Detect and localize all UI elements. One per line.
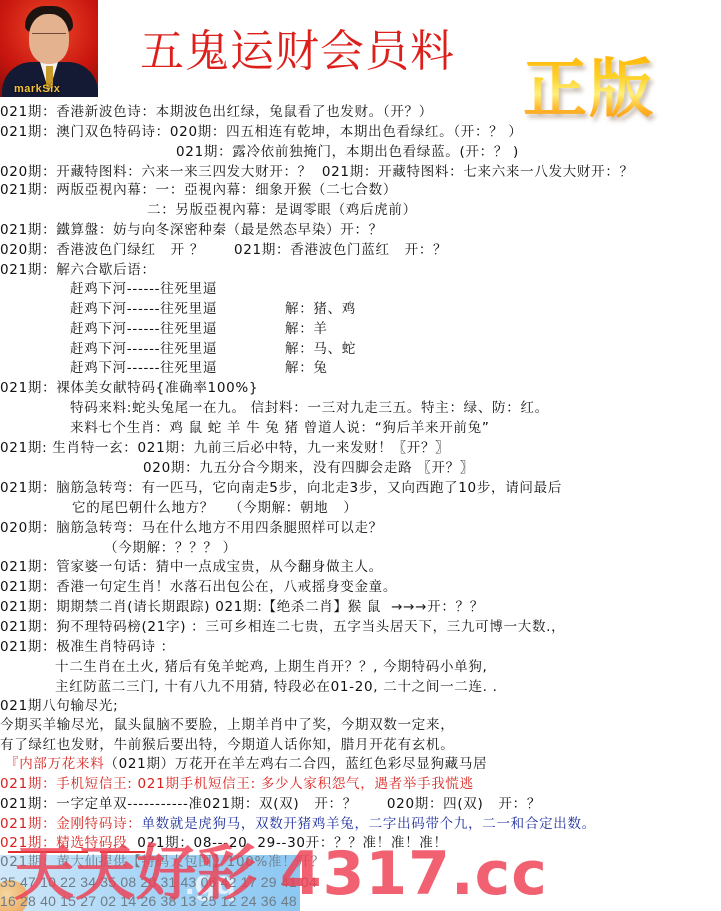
line-brain-teaser-2: 020期：脑筋急转弯：马在什么地方不用四条腿照样可以走？ — [0, 518, 383, 538]
line-riddle-5: 赶鸡下河------往死里逼 — [70, 358, 217, 378]
genuine-badge: 正版 — [523, 50, 655, 130]
line-inner-flowers: 『内部万花来料（021期）万花开在羊左鸡右二合四，蓝红色彩尽显狗藏马居 — [5, 754, 487, 774]
line-zodiac-poem-heading: 021期：极准生肖特码诗 ： — [0, 637, 175, 657]
line-riddle-3: 赶鸡下河------往死里逼 — [70, 319, 217, 339]
line-brain-teaser-2-answer: （今期解：？？？ ） — [104, 538, 237, 558]
line-zodiac-poem-2: 主红防蓝二三门, 十有八九不用猜, 特段必在01-20, 二十之间一二连. . — [55, 677, 498, 697]
inner-flowers-label: 『内部万花来料 — [5, 756, 104, 772]
line-eight-verses-1: 今期买羊输尽光，鼠头鼠脑不要脸，上期羊肖中了奖，今期双数一定来， — [0, 715, 454, 735]
line-brain-teaser-1: 021期：脑筋急转弯：有一匹马，它向南走5步，向北走3步，又向西跑了10步，请问… — [0, 478, 562, 498]
line-eight-verses-2: 有了绿红也发财，牛前猴后要出特，今期道人话你知，腊月开花有玄机。 — [0, 735, 454, 755]
line-eight-verses-heading: 021期八句输尽光; — [0, 696, 118, 716]
line-atv-inside-2: 二：另版亞視內幕：是调零眼（鸡后虎前） — [147, 200, 417, 220]
page-title: 五鬼运财会员料 — [140, 24, 455, 80]
profile-photo: markSix — [0, 0, 98, 97]
line-riddle-4: 赶鸡下河------往死里逼 — [70, 339, 217, 359]
line-kaicang-chart: 020期：开藏特图料：六来一来三四发大财开：？ 021期：开藏特图料：七来六来一… — [0, 162, 634, 182]
line-riddle-4-answer: 解：马、蛇 — [285, 339, 356, 359]
line-zodiac-mystery: 021期: 生肖特一玄：021期：九前三后必中特，九一来发财！〖开？〗 — [0, 438, 449, 458]
line-zodiac-mystery-prev: 020期：九五分合今期来，没有四脚会走路 〖开？〗 — [143, 458, 474, 478]
line-riddle-1: 赶鸡下河------往死里逼 — [70, 279, 217, 299]
line-odd-even: 021期：一字定单双-----------准021期：双(双) 开：？ 020期… — [0, 794, 541, 814]
photo-glasses — [32, 33, 66, 40]
line-hk-wave-door: 020期：香港波色门绿红 开 ？ 021期：香港波色门蓝红 开：？ — [0, 240, 447, 260]
line-macau-color-poem-cont: 021期：露冷依前独掩门，本期出色看绿蓝。(开：？ ) — [176, 142, 519, 162]
line-riddle-2: 赶鸡下河------往死里逼 — [70, 299, 217, 319]
line-zodiac-poem-1: 十二生肖在土火, 猪后有兔羊蛇鸡, 上期生肖开？？, 今期特码小单狗, — [55, 657, 488, 677]
line-goubuli-list: 021期：狗不理特码榜(21字) ：三可乡相连二七贵，五字当头居天下，三九可博一… — [0, 617, 565, 637]
line-iron-abacus: 021期：鐵算盤：妨与向冬深密种秦（最是然态早染）开：？ — [0, 220, 383, 240]
line-banned-zodiacs: 021期：期期禁二肖(请长期跟踪) 021期:【绝杀二肖】猴 鼠 →→→开：？？ — [0, 597, 484, 617]
line-special-code-material: 特码来料:蛇头兔尾一在九。 信封料：一三对九走三五。特主：绿、防：红。 — [70, 398, 549, 418]
line-riddle-5-answer: 解：兔 — [285, 358, 328, 378]
line-sms-king: 021期：手机短信王: 021期手机短信王: 多少人家积怨气，遇者举手我慌逃 — [0, 774, 474, 794]
line-riddle-2-answer: 解：猪、鸡 — [285, 299, 356, 319]
line-housekeeper-saying: 021期：管家婆一句话：猜中一点成宝贵，从今翻身做主人。 — [0, 557, 383, 577]
vajra-poem-text: 单数就是虎狗马，双数开猪鸡羊兔，二字出码带个九，二一和合定出数。 — [141, 816, 595, 832]
line-riddle-3-answer: 解：羊 — [285, 319, 328, 339]
line-brain-teaser-1-cont: 它的尾巴朝什么地方？ （今期解：朝地 ） — [72, 498, 358, 518]
vajra-poem-label: 021期：金刚特码诗： — [0, 816, 141, 832]
line-hk-one-sentence: 021期：香港一句定生肖！水落石出包公在，八戒摇身变金童。 — [0, 577, 397, 597]
line-vajra-poem: 021期：金刚特码诗：单数就是虎狗马，双数开猪鸡羊兔，二字出码带个九，二一和合定… — [0, 814, 596, 834]
line-seven-zodiacs: 来料七个生肖：鸡 鼠 蛇 羊 牛 兔 猪 曾道人说：“狗后羊来开前兔” — [70, 418, 490, 438]
line-atv-inside-1: 021期：两版亞視內幕：一：亞視內幕：细象开猴（二七合数） — [0, 180, 397, 200]
line-hk-wave-color-poem: 021期：香港新波色诗：本期波色出红绿，兔鼠看了也发财。（开？） — [0, 102, 433, 122]
inner-flowers-text: （021期）万花开在羊左鸡右二合四，蓝红色彩尽显狗藏马居 — [104, 756, 487, 772]
photo-brand-label: markSix — [14, 83, 60, 95]
line-special-code-heading: 021期：裸体美女献特码{准确率100%} — [0, 378, 258, 398]
watermark-text: 天天好彩 4317.cc — [14, 836, 548, 911]
line-xiehouyu-heading: 021期：解六合歇后语： — [0, 260, 156, 280]
line-macau-color-poem: 021期：澳门双色特码诗：020期：四五相连有乾坤，本期出色看绿红。（开：？ ） — [0, 122, 523, 142]
